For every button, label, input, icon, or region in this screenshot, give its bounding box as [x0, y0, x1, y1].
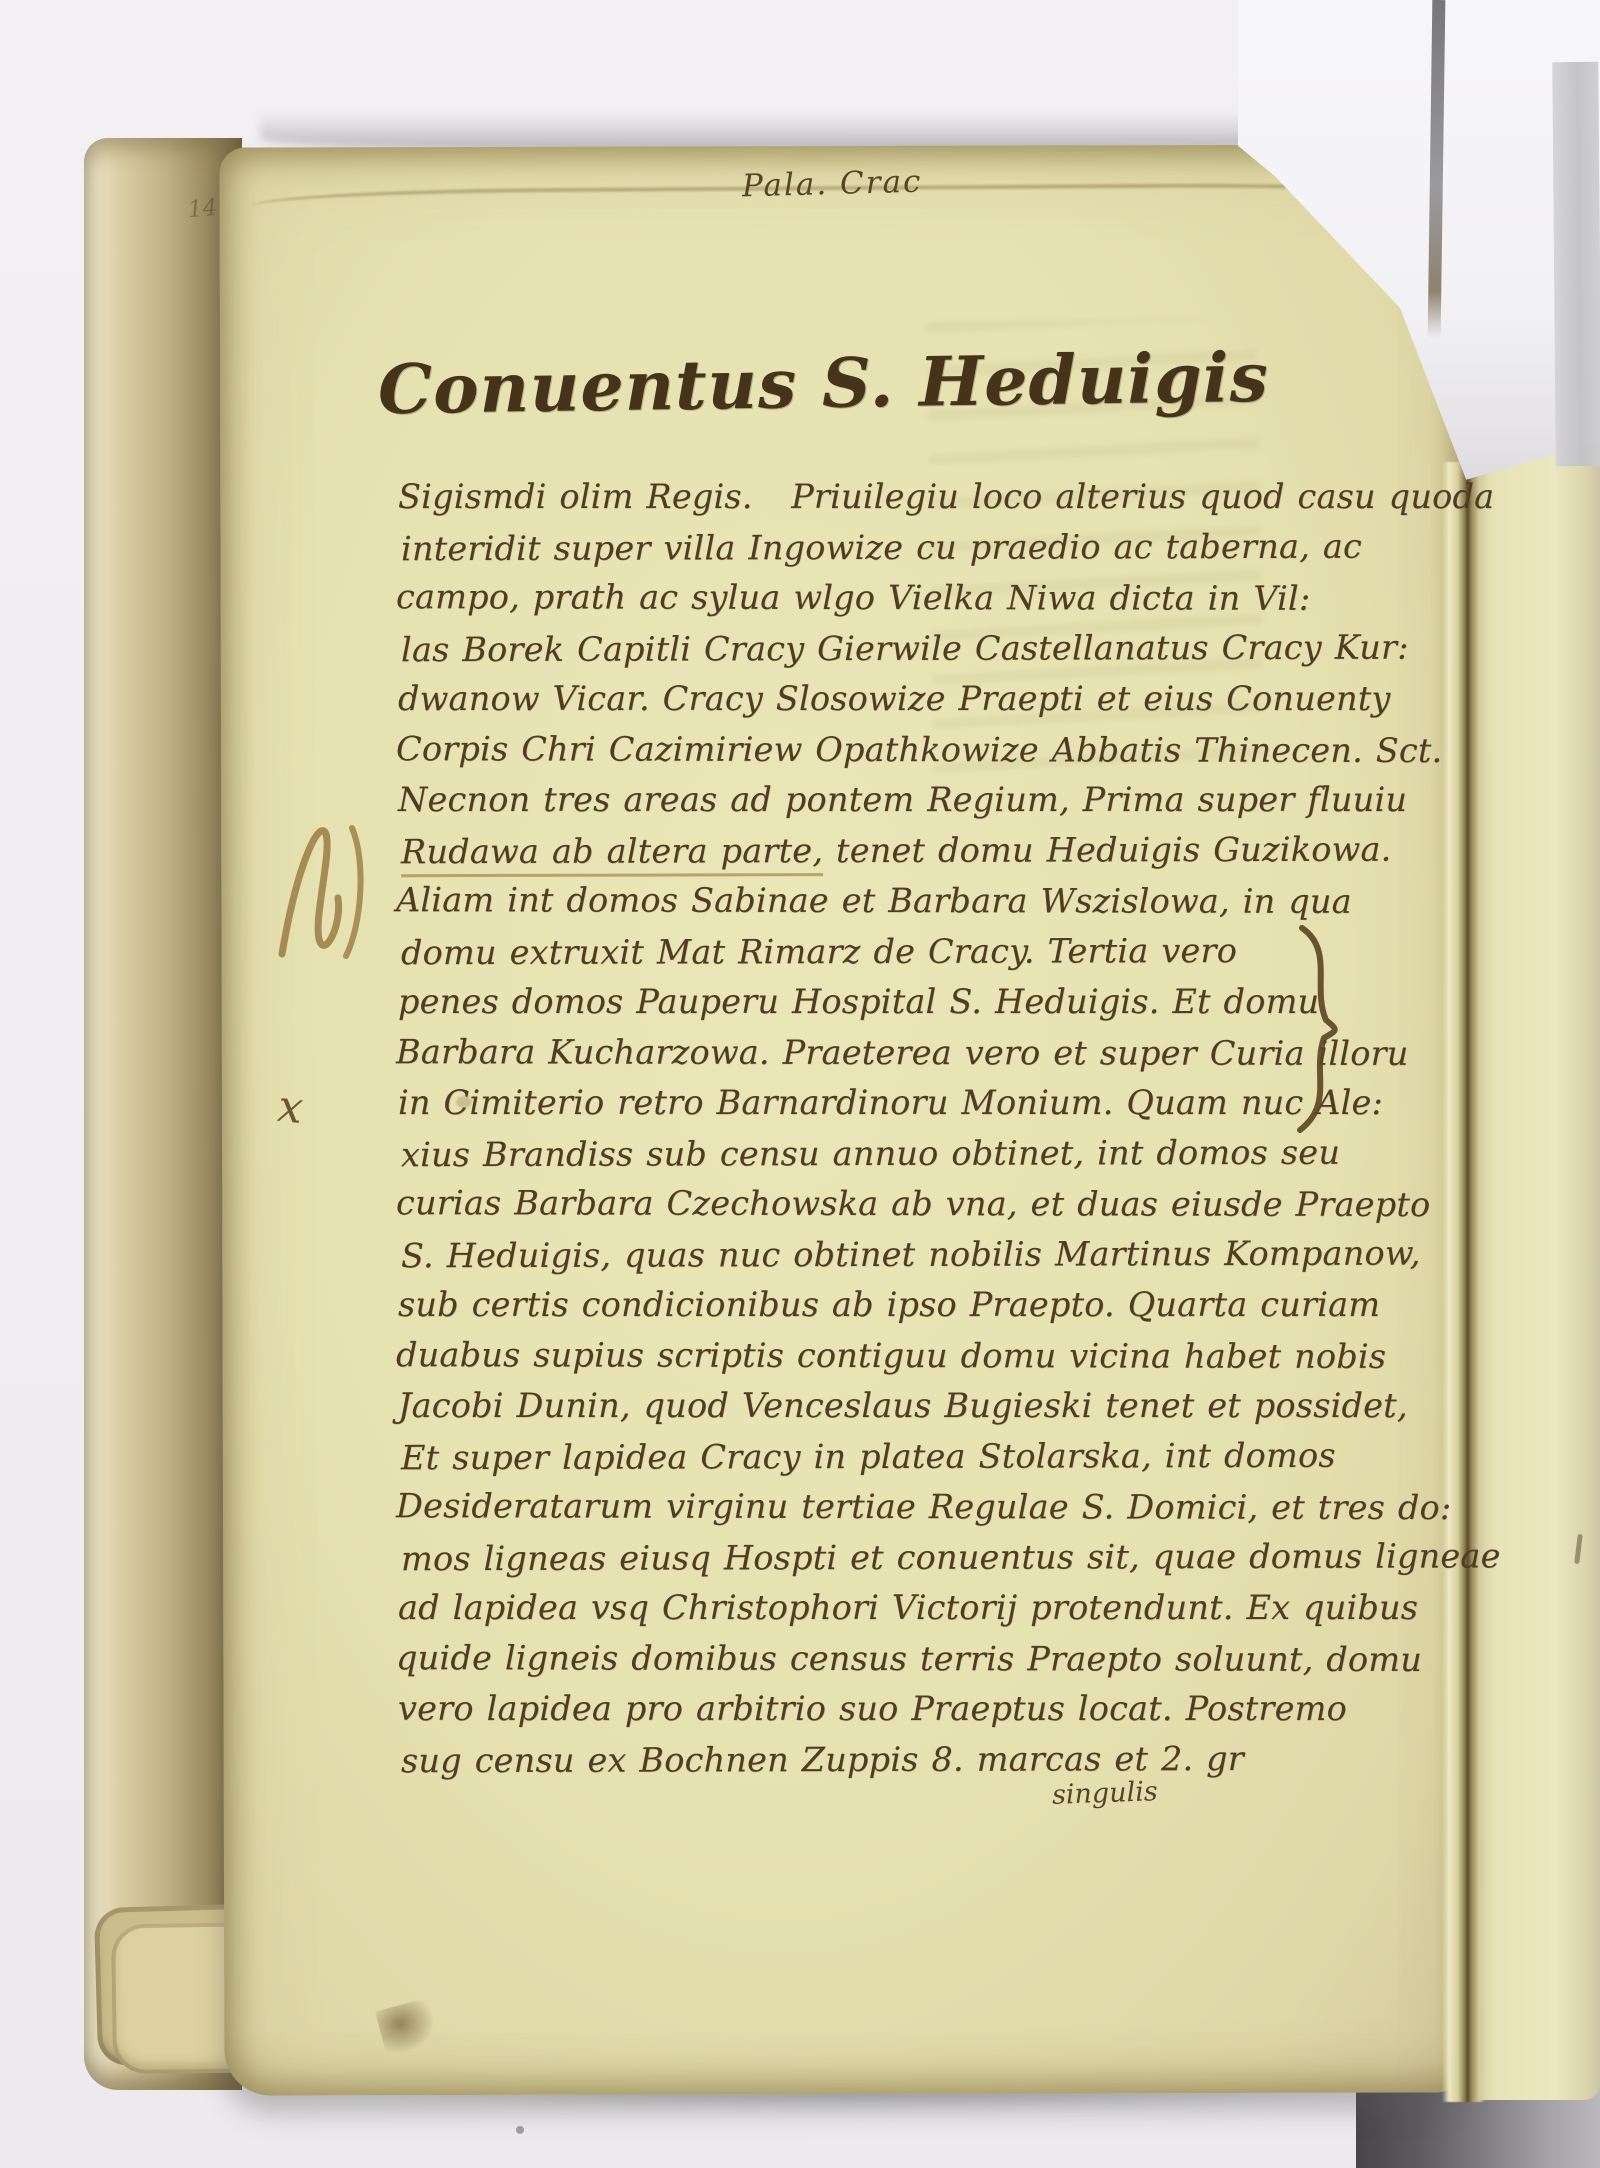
manuscript-text-block: Sigismdi olim Regis. Priuilegiu loco alt… [398, 472, 1318, 1785]
stray-ink-mark [1574, 1534, 1583, 1564]
manuscript-line: Jacobi Dunin, quod Venceslaus Bugieski t… [398, 1381, 1318, 1432]
underlined-text: Rudawa ab altera parte, [401, 831, 823, 877]
manuscript-line: sub certis condicionibus ab ipso Praepto… [398, 1280, 1318, 1331]
catchword: singulis [1051, 1776, 1158, 1811]
manuscript-line: sug censu ex Bochnen Zuppis 8. marcas et… [401, 1733, 1321, 1786]
manuscript-line: Et super lapidea Cracy in platea Stolars… [401, 1430, 1321, 1483]
manuscript-line: quide ligneis domibus census terris Prae… [396, 1633, 1316, 1685]
dust-speck [516, 2126, 524, 2134]
manuscript-line: S. Heduigis, quas nuc obtinet nobilis Ma… [401, 1228, 1321, 1281]
ink-smudge [375, 1998, 439, 2056]
margin-cross-mark: x [275, 1081, 305, 1134]
manuscript-line: xius Brandiss sub censu annuo obtinet, i… [401, 1127, 1321, 1180]
ink-layer: Pala. Crac 14 Conuentus S. Heduigis Sigi… [0, 0, 1600, 2168]
manuscript-line: ad lapidea vsq Christophori Victorij pro… [398, 1583, 1318, 1634]
manuscript-line: campo, prath ac sylua wlgo Vielka Niwa d… [396, 572, 1316, 624]
manuscript-line: mos ligneas eiusq Hospti et conuentus si… [401, 1531, 1321, 1584]
manuscript-line: dwanow Vicar. Cracy Slosowize Praepti et… [398, 674, 1318, 725]
margin-brace-icon [1280, 922, 1350, 1136]
manuscript-line: las Borek Capitli Cracy Gierwile Castell… [401, 622, 1321, 675]
manuscript-line: Corpis Chri Cazimiriew Opathkowize Abbat… [396, 724, 1316, 776]
manuscript-line: penes domos Pauperu Hospital S. Heduigis… [398, 977, 1318, 1028]
manuscript-line: vero lapidea pro arbitrio suo Praeptus l… [398, 1684, 1318, 1735]
manuscript-line: in Cimiterio retro Barnardinoru Monium. … [398, 1078, 1318, 1129]
manuscript-line: curias Barbara Czechowska ab vna, et dua… [396, 1178, 1316, 1230]
manuscript-line: duabus supius scriptis contiguu domu vic… [396, 1330, 1316, 1382]
manuscript-line: Desideratarum virginu tertiae Regulae S.… [396, 1481, 1316, 1533]
manuscript-photo: Pala. Crac 14 Conuentus S. Heduigis Sigi… [0, 0, 1600, 2168]
manuscript-line: Sigismdi olim Regis. Priuilegiu loco alt… [398, 472, 1318, 523]
manuscript-line: interidit super villa Ingowize cu praedi… [401, 521, 1321, 574]
folio-number: 14 [187, 195, 218, 223]
header-annotation: Pala. Crac [742, 164, 923, 205]
margin-flourish-icon [268, 802, 388, 978]
foxing-spot [456, 1096, 472, 1108]
manuscript-line: domu extruxit Mat Rimarz de Cracy. Terti… [401, 925, 1321, 978]
manuscript-line: Aliam int domos Sabinae et Barbara Wszis… [396, 875, 1316, 927]
page-title: Conuentus S. Heduigis [377, 338, 1269, 430]
manuscript-line: Necnon tres areas ad pontem Regium, Prim… [398, 775, 1318, 826]
manuscript-line: Rudawa ab altera parte, tenet domu Hedui… [401, 824, 1321, 877]
manuscript-line: Barbara Kucharzowa. Praeterea vero et su… [396, 1027, 1316, 1079]
